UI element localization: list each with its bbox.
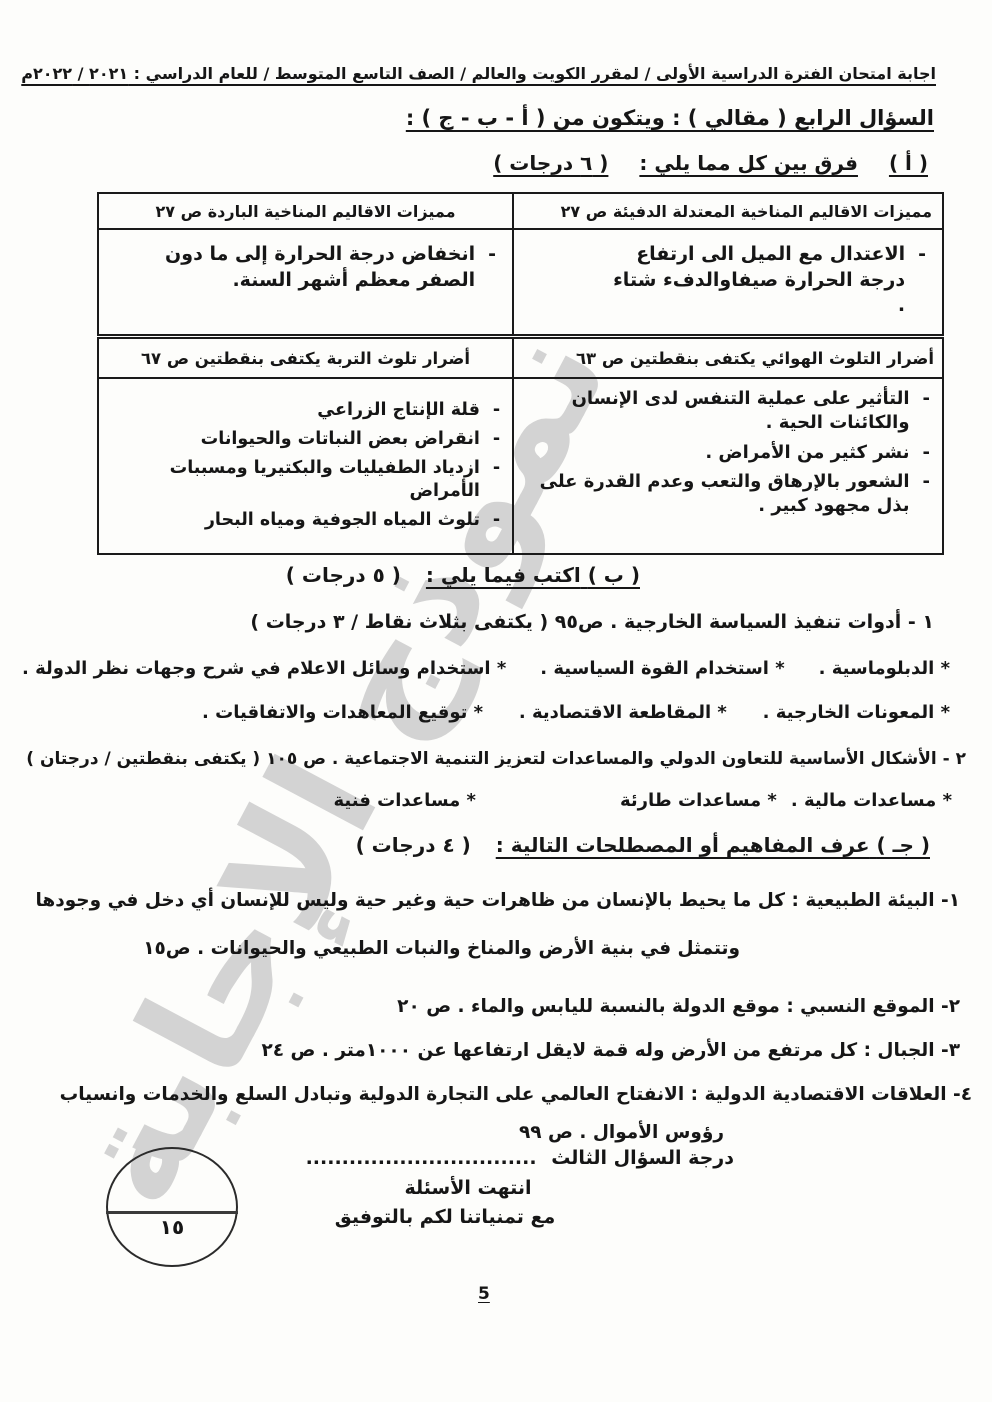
definition-relative-location: ٢- الموقع النسبي : موقع الدولة بالنسبة ل…	[397, 994, 960, 1020]
dash-bullet: -	[493, 399, 500, 423]
part-a-heading: ( أ ) فرق بين كل مما يلي : ( ٦ درجات )	[493, 151, 928, 175]
answer-text: التأثير على عملية التنفس لدى الإنسان وال…	[526, 387, 910, 436]
answer-item: * استخدام وسائل الاعلام في شرح وجهات نظر…	[22, 658, 506, 679]
definition-natural-environment-line2: وتتمثل في بنية الأرض والمناخ والنبات الط…	[143, 936, 740, 962]
answer-item: * المعونات الخارجية .	[763, 702, 950, 723]
table1-right-cell: - الاعتدال مع الميل الى ارتفاع درجة الحر…	[513, 229, 943, 335]
answer-text: قلة الإنتاج الزراعي	[317, 399, 480, 423]
list-item: - انقراض بعض النباتات والحيوانات	[111, 428, 500, 452]
dash-bullet: -	[923, 470, 930, 519]
table2-left-cell: - قلة الإنتاج الزراعي - انقراض بعض النبا…	[98, 378, 513, 554]
total-grade-value: ١٥	[108, 1215, 236, 1239]
answer-item: * المقاطعة الاقتصادية .	[519, 702, 727, 723]
definition-text: كل ما يحيط بالإنسان من ظاهرات حية وغير ح…	[35, 890, 785, 911]
grade-label: درجة السؤال الثالث	[551, 1147, 734, 1169]
grade-circle-divider-line	[106, 1211, 238, 1214]
total-grade-circle: ١٥	[106, 1147, 238, 1267]
part-c-heading: ( جـ ) عرف المفاهيم أو المصطلحات التالية…	[356, 833, 930, 857]
list-item: - التأثير على عملية التنفس لدى الإنسان و…	[526, 387, 930, 436]
dotted-line: ................................	[306, 1147, 537, 1169]
pollution-damage-comparison-table: أضرار التلوث الهوائي يكتفى بنقطتين ص ٦٣ …	[97, 337, 944, 555]
list-item: - قلة الإنتاج الزراعي	[111, 399, 500, 423]
part-b-question2: ٢ - الأشكال الأساسية للتعاون الدولي والم…	[26, 749, 966, 769]
air-pollution-damage-list: - التأثير على عملية التنفس لدى الإنسان و…	[526, 387, 930, 518]
dash-bullet: -	[923, 387, 930, 436]
definition-text: كل مرتفع من الأرض وله قمة لايقل ارتفاعها…	[261, 1040, 857, 1061]
part-c-label: ( جـ )	[877, 833, 930, 857]
part-a-instruction: فرق بين كل مما يلي :	[639, 151, 858, 175]
part-b-question1-answers-line1: * الدبلوماسية . * استخدام القوة السياسية…	[22, 658, 950, 679]
table2-right-header: أضرار التلوث الهوائي يكتفى بنقطتين ص ٦٣	[513, 338, 943, 378]
definition-text: الانفتاح العالمي على التجارة الدولية وتب…	[60, 1084, 685, 1105]
dash-bullet: -	[493, 428, 500, 452]
answer-text: نشر كثير من الأمراض .	[705, 441, 909, 465]
part-b-instruction: اكتب فيما يلي :	[426, 563, 581, 587]
answer-item: * استخدام القوة السياسية .	[540, 658, 784, 679]
dash-bullet: -	[493, 509, 500, 533]
answer-item: * مساعدات فنية	[333, 790, 476, 811]
answer-item: * الدبلوماسية .	[819, 658, 950, 679]
answer-item: * مساعدات مالية .	[791, 790, 952, 811]
part-c-label-and-instruction: ( جـ ) عرف المفاهيم أو المصطلحات التالية…	[496, 833, 930, 857]
definition-international-economic-relations: ٤- العلاقات الاقتصادية الدولية : الانفتا…	[60, 1082, 972, 1108]
part-c-marks: ( ٤ درجات )	[356, 833, 471, 857]
question3-grade-line: درجة السؤال الثالث .....................…	[306, 1147, 734, 1169]
definition-natural-environment: ١- البيئة الطبيعية : كل ما يحيط بالإنسان…	[35, 888, 960, 914]
definition-term: ٣- الجبال :	[864, 1040, 960, 1061]
answer-item: * توقيع المعاهدات والاتفاقيات .	[202, 702, 483, 723]
answer-text: الاعتدال مع الميل الى ارتفاع درجة الحرار…	[600, 242, 905, 319]
list-item: - تلوث المياه الجوفية ومياه البحار	[111, 509, 500, 533]
answer-item: * مساعدات طارئة	[620, 790, 777, 811]
list-item: - الاعتدال مع الميل الى ارتفاع درجة الحر…	[530, 242, 926, 319]
answer-text: ازدياد الطفيليات والبكتيريا ومسببات الأم…	[111, 457, 480, 504]
definition-international-economic-relations-line2: رؤوس الأموال . ص ٩٩	[519, 1120, 724, 1146]
document-header-title: اجابة امتحان الفترة الدراسية الأولى / لم…	[40, 64, 936, 83]
definition-mountains: ٣- الجبال : كل مرتفع من الأرض وله قمة لا…	[261, 1038, 960, 1064]
list-item: - نشر كثير من الأمراض .	[526, 441, 930, 465]
table-row: - الاعتدال مع الميل الى ارتفاع درجة الحر…	[98, 229, 943, 335]
dash-bullet: -	[923, 441, 930, 465]
part-b-label: ( ب )	[588, 563, 640, 587]
page-number: 5	[478, 1284, 490, 1304]
part-b-question2-answers: * مساعدات مالية . * مساعدات طارئة * مساع…	[333, 790, 952, 811]
table1-left-header: مميزات الاقاليم المناخية الباردة ص ٢٧	[98, 193, 513, 229]
exam-answer-sheet-page: نموذج الإجابة اجابة امتحان الفترة الدراس…	[0, 0, 992, 1402]
table-row: مميزات الاقاليم المناخية المعتدلة الدفيئ…	[98, 193, 943, 229]
table1-left-cell: - انخفاض درجة الحرارة إلى ما دون الصفر م…	[98, 229, 513, 335]
answer-text: الشعور بالإرهاق والتعب وعدم القدرة على ب…	[526, 470, 910, 519]
answer-text: انقراض بعض النباتات والحيوانات	[201, 428, 480, 452]
table2-right-cell: - التأثير على عملية التنفس لدى الإنسان و…	[513, 378, 943, 554]
table2-left-header: أضرار تلوث التربة يكتفى بنقطتين ص ٦٧	[98, 338, 513, 378]
list-item: - انخفاض درجة الحرارة إلى ما دون الصفر م…	[115, 242, 496, 293]
part-b-label-and-instruction: ( ب ) اكتب فيما يلي :	[426, 563, 640, 587]
climate-regions-comparison-table: مميزات الاقاليم المناخية المعتدلة الدفيئ…	[97, 192, 944, 336]
soil-pollution-damage-list: - قلة الإنتاج الزراعي - انقراض بعض النبا…	[111, 399, 500, 532]
question4-title: السؤال الرابع ( مقالي ) : ويتكون من ( أ …	[406, 106, 934, 130]
part-a-marks: ( ٦ درجات )	[493, 151, 608, 175]
definition-term: ٤- العلاقات الاقتصادية الدولية :	[691, 1084, 972, 1105]
part-b-question1: ١ - أدوات تنفيذ السياسة الخارجية . ص٩٥ (…	[250, 611, 934, 633]
end-of-questions-text: انتهت الأسئلة	[318, 1177, 618, 1199]
answer-text: تلوث المياه الجوفية ومياه البحار	[205, 509, 480, 533]
dash-bullet: -	[488, 242, 496, 293]
answer-text: انخفاض درجة الحرارة إلى ما دون الصفر معظ…	[145, 242, 475, 293]
part-a-label: ( أ )	[889, 151, 928, 175]
table-row: - التأثير على عملية التنفس لدى الإنسان و…	[98, 378, 943, 554]
definition-term: ١- البيئة الطبيعية :	[792, 890, 960, 911]
part-c-instruction: عرف المفاهيم أو المصطلحات التالية :	[496, 833, 870, 857]
part-b-marks: ( ٥ درجات )	[286, 563, 401, 587]
part-b-heading: ( ب ) اكتب فيما يلي : ( ٥ درجات )	[286, 563, 640, 587]
table1-right-header: مميزات الاقاليم المناخية المعتدلة الدفيئ…	[513, 193, 943, 229]
dash-bullet: -	[493, 457, 500, 504]
list-item: - ازدياد الطفيليات والبكتيريا ومسببات ال…	[111, 457, 500, 504]
definition-text: موقع الدولة بالنسبة لليابس والماء . ص ٢٠	[397, 996, 780, 1017]
definition-term: ٢- الموقع النسبي :	[786, 996, 960, 1017]
good-luck-text: مع تمنياتنا لكم بالتوفيق	[295, 1206, 595, 1228]
list-item: - الشعور بالإرهاق والتعب وعدم القدرة على…	[526, 470, 930, 519]
part-b-question1-answers-line2: * المعونات الخارجية . * المقاطعة الاقتصا…	[202, 702, 950, 723]
table-row: أضرار التلوث الهوائي يكتفى بنقطتين ص ٦٣ …	[98, 338, 943, 378]
dash-bullet: -	[918, 242, 926, 319]
